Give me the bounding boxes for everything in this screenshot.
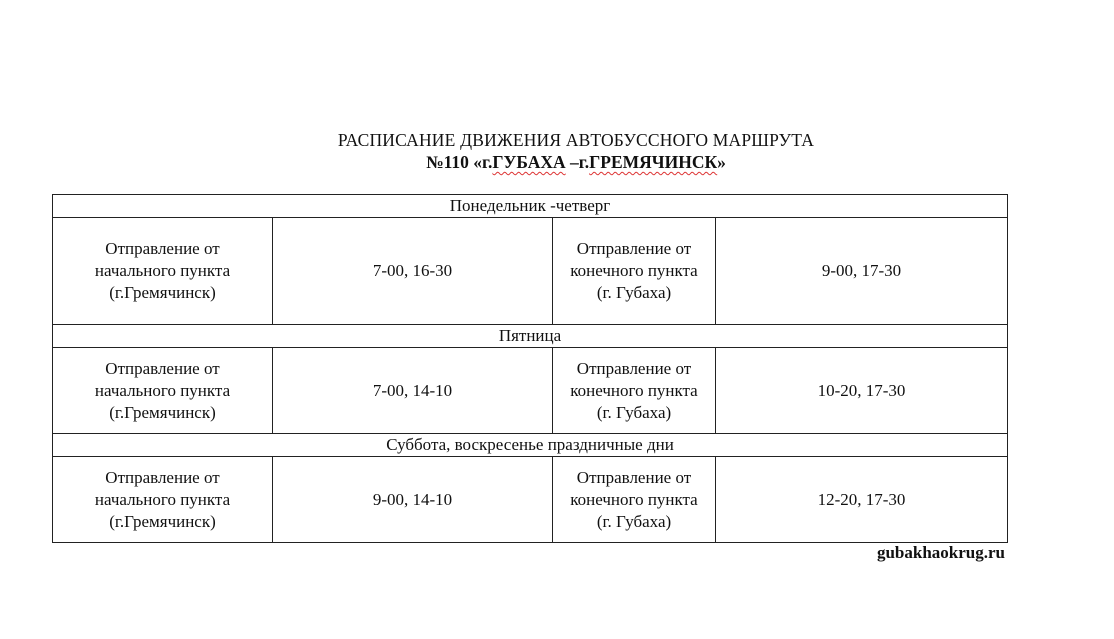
city-gremyachinsk: ГРЕМЯЧИНСК — [589, 152, 717, 172]
origin-times: 7-00, 16-30 — [273, 218, 553, 325]
title-line-1: РАСПИСАНИЕ ДВИЖЕНИЯ АВТОБУССНОГО МАРШРУТ… — [0, 129, 1114, 151]
dest-label: Отправление отконечного пункта(г. Губаха… — [553, 348, 716, 434]
day-label: Пятница — [53, 325, 1008, 348]
origin-label: Отправление отначального пункта(г.Гремяч… — [53, 457, 273, 543]
day-label: Понедельник -четверг — [53, 195, 1008, 218]
dest-label: Отправление отконечного пункта(г. Губаха… — [553, 218, 716, 325]
origin-label: Отправление отначального пункта(г.Гремяч… — [53, 348, 273, 434]
origin-label: Отправление отначального пункта(г.Гремяч… — [53, 218, 273, 325]
table-row: Отправление отначального пункта(г.Гремяч… — [53, 218, 1008, 325]
dest-times: 9-00, 17-30 — [716, 218, 1008, 325]
table-row: Отправление отначального пункта(г.Гремяч… — [53, 348, 1008, 434]
schedule-table: Понедельник -четвергОтправление отначаль… — [52, 194, 1008, 543]
dest-times: 10-20, 17-30 — [716, 348, 1008, 434]
title-line-2: №110 «г.ГУБАХА –г.ГРЕМЯЧИНСК» — [0, 151, 1114, 173]
dest-label: Отправление отконечного пункта(г. Губаха… — [553, 457, 716, 543]
origin-times: 9-00, 14-10 — [273, 457, 553, 543]
day-header-row: Суббота, воскресенье праздничные дни — [53, 434, 1008, 457]
day-header-row: Понедельник -четверг — [53, 195, 1008, 218]
city-gubakha: ГУБАХА — [492, 152, 565, 172]
day-label: Суббота, воскресенье праздничные дни — [53, 434, 1008, 457]
origin-times: 7-00, 14-10 — [273, 348, 553, 434]
day-header-row: Пятница — [53, 325, 1008, 348]
document-title: РАСПИСАНИЕ ДВИЖЕНИЯ АВТОБУССНОГО МАРШРУТ… — [0, 129, 1114, 173]
table-row: Отправление отначального пункта(г.Гремяч… — [53, 457, 1008, 543]
source-site: gubakhaokrug.ru — [877, 543, 1005, 563]
dest-times: 12-20, 17-30 — [716, 457, 1008, 543]
